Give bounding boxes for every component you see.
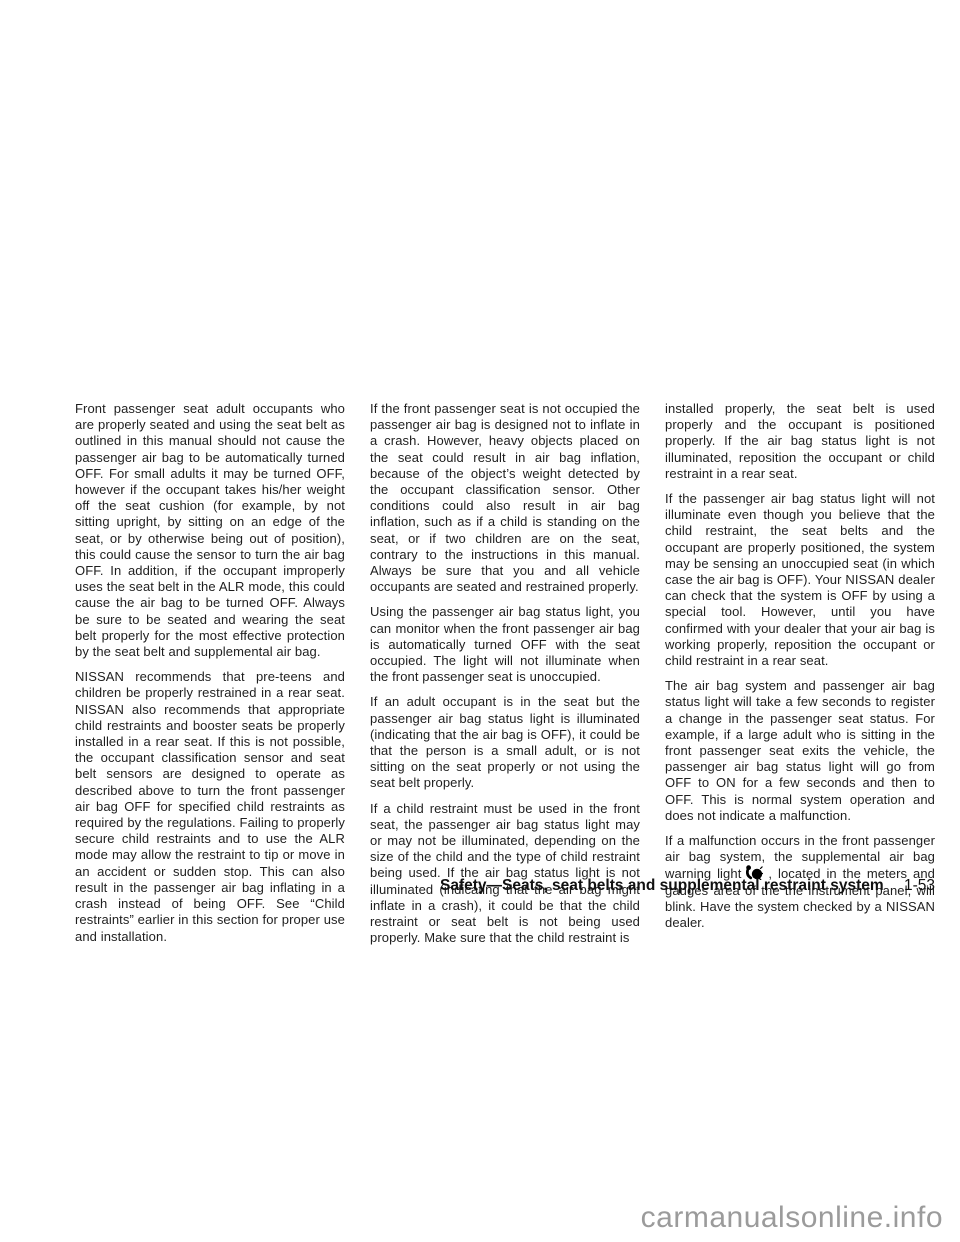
paragraph: NISSAN recommends that pre-teens and chi… [75, 669, 345, 944]
text-column-2: If the front passenger seat is not occup… [370, 401, 640, 956]
manual-page: Front passenger seat adult occupants who… [0, 0, 960, 1242]
paragraph: If a child restraint must be used in the… [370, 801, 640, 947]
paragraph: If the front passenger seat is not occup… [370, 401, 640, 595]
paragraph: installed properly, the seat belt is use… [665, 401, 935, 482]
page-content: Front passenger seat adult occupants who… [75, 401, 935, 956]
text-column-3: installed properly, the seat belt is use… [665, 401, 935, 956]
paragraph: If the passenger air bag status light wi… [665, 491, 935, 669]
paragraph: The air bag system and passenger air bag… [665, 678, 935, 824]
text-column-1: Front passenger seat adult occupants who… [75, 401, 345, 956]
paragraph: Using the passenger air bag status light… [370, 604, 640, 685]
watermark: carmanualsonline.info [641, 1201, 943, 1235]
page-footer: Safety—Seats, seat belts and supplementa… [440, 877, 935, 895]
footer-page-number: 1-53 [904, 877, 935, 894]
footer-section-title: Safety—Seats, seat belts and supplementa… [440, 877, 884, 894]
paragraph: Front passenger seat adult occupants who… [75, 401, 345, 660]
paragraph: If an adult occupant is in the seat but … [370, 694, 640, 791]
